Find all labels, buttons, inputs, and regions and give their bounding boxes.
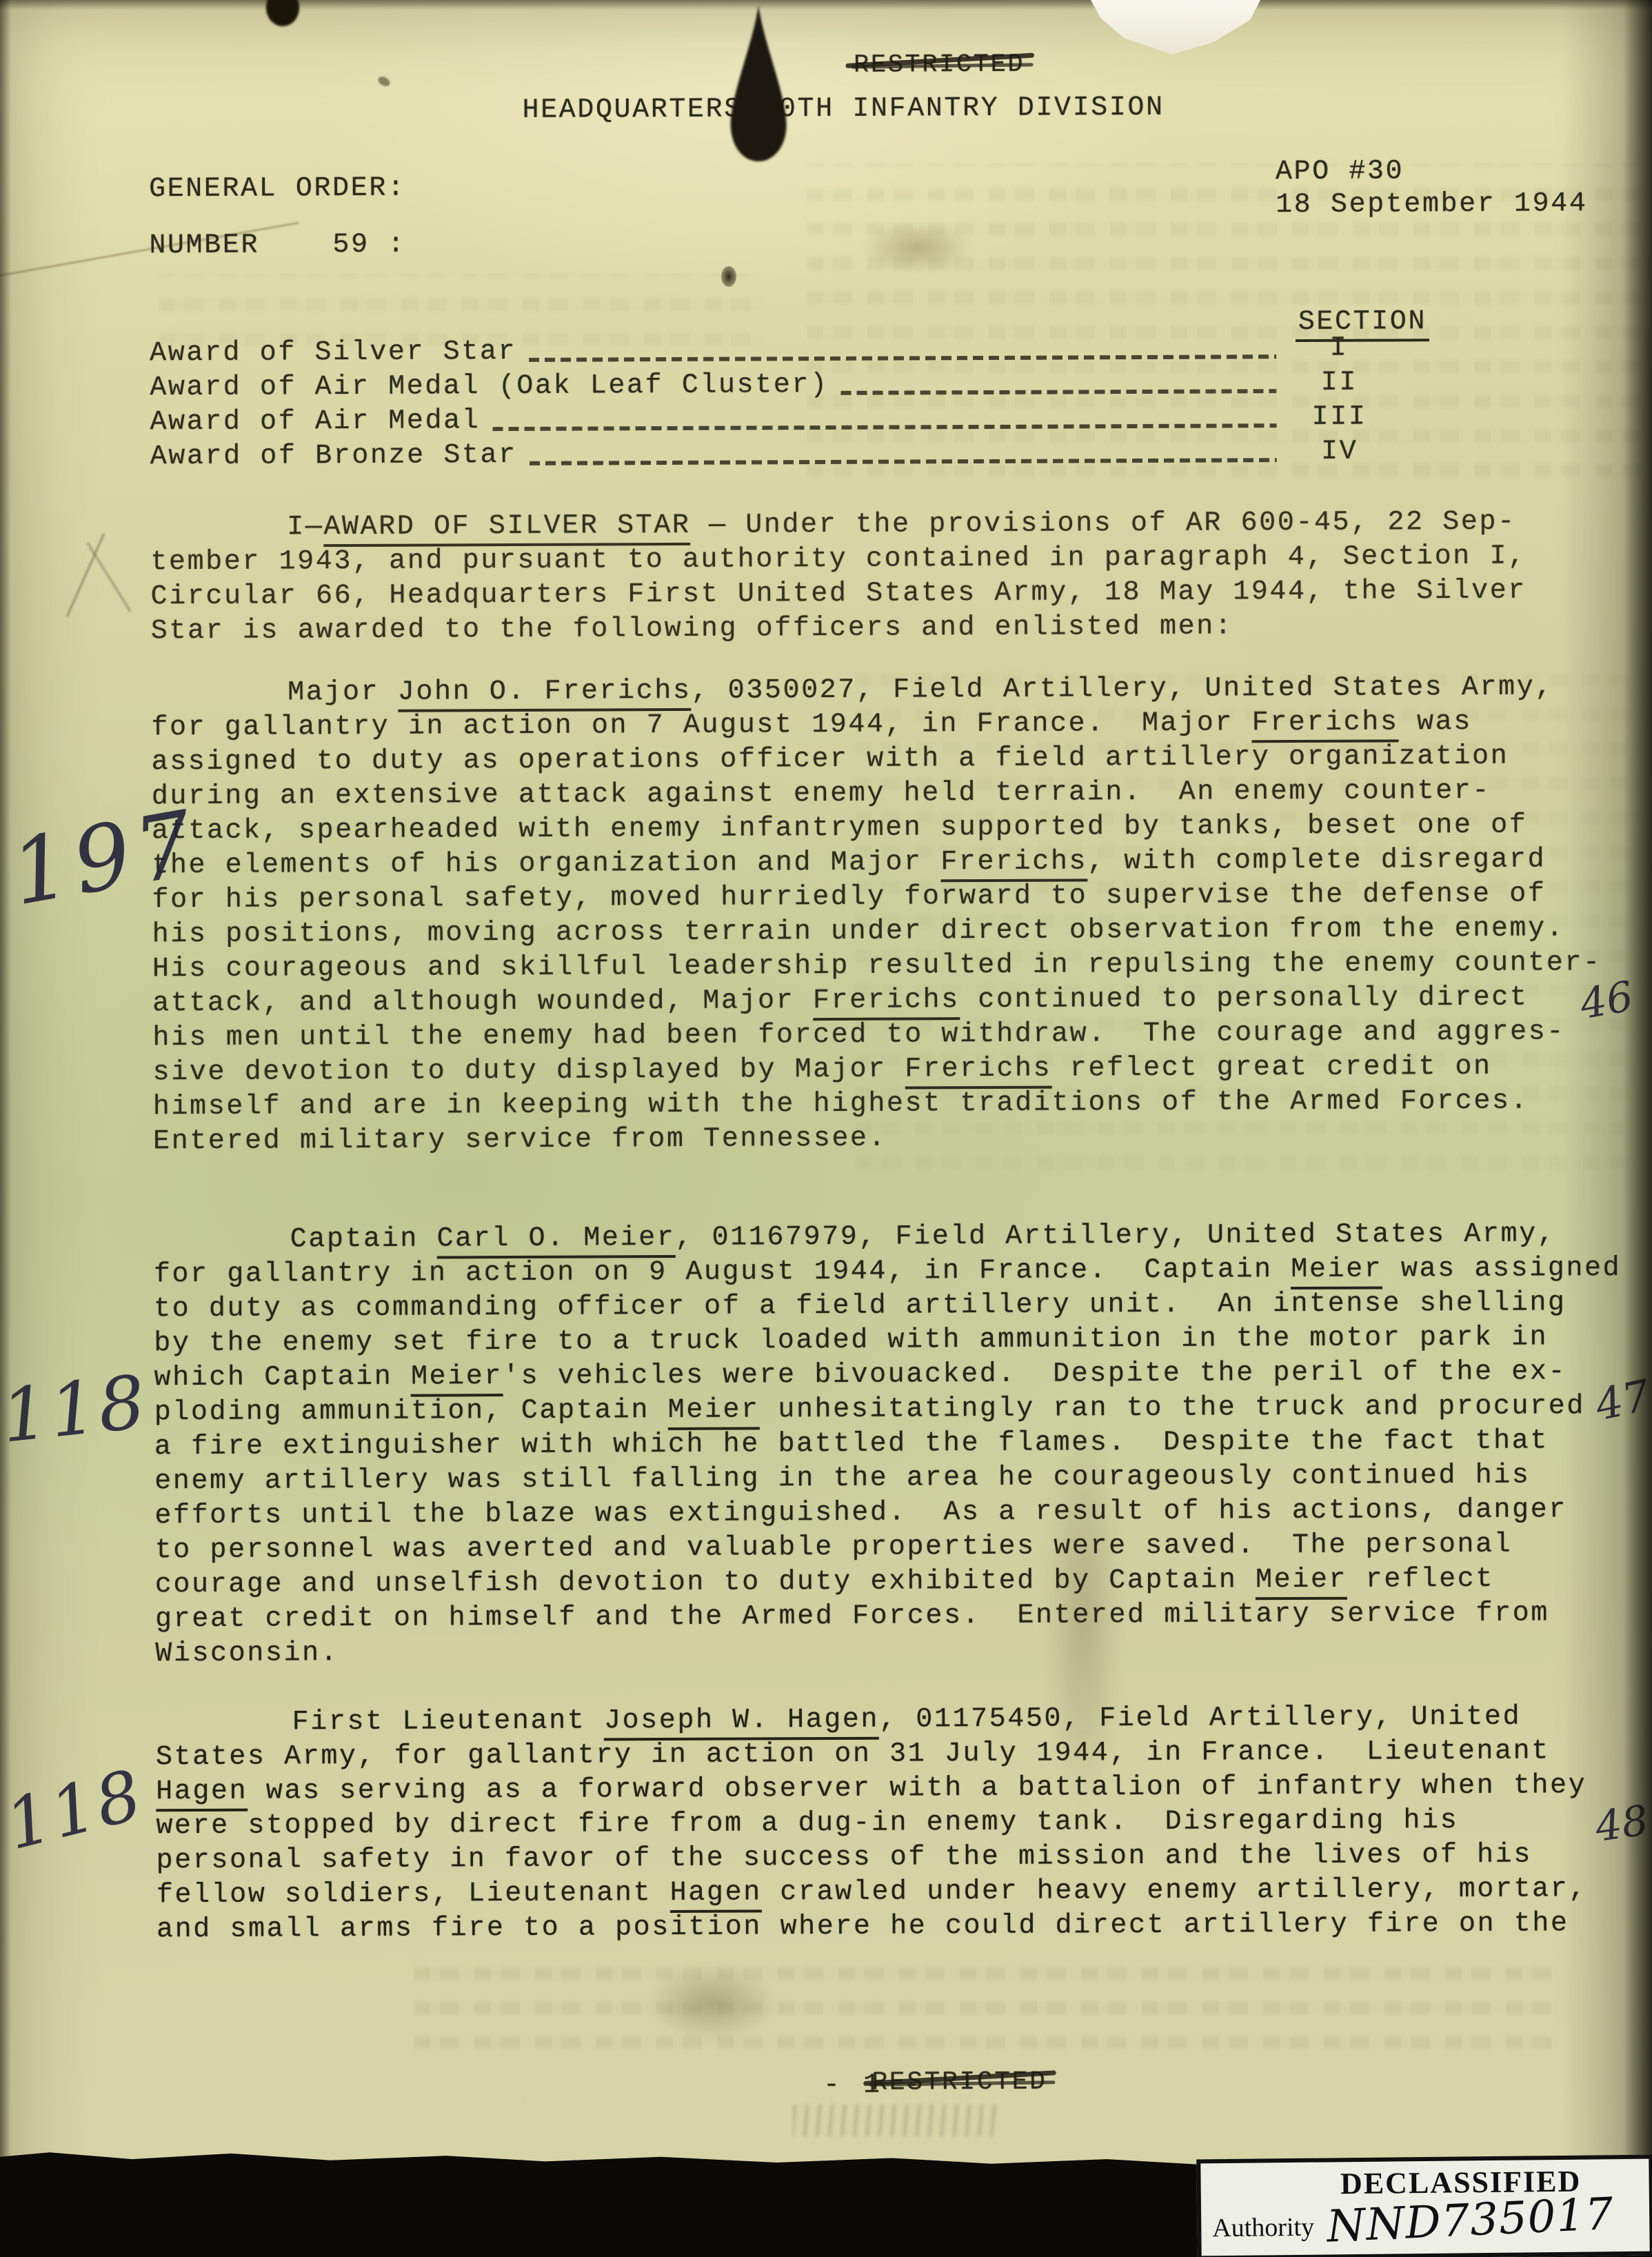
text-line: great credit on himself and the Armed Fo… (155, 1596, 1623, 1637)
text-line: were stopped by direct fire from a dug-i… (156, 1803, 1586, 1844)
text-line: courage and unselfish devotion to duty e… (155, 1562, 1623, 1603)
para-intro: I—AWARD OF SILVER STAR — Under the provi… (150, 505, 1527, 650)
section-index-row: Award of Air MedalIII (150, 401, 1391, 441)
order-date: 18 September 1944 (1276, 187, 1587, 223)
text-line: His courageous and skillful leadership r… (152, 946, 1602, 987)
text-line: for gallantry in action on 7 August 1944… (151, 705, 1600, 745)
page-edge-shadow (0, 0, 11, 2257)
para-meier: Captain Carl O. Meier, 01167979, Field A… (154, 1217, 1623, 1672)
section-row-numeral: II (1287, 367, 1391, 402)
para-frerichs: Major John O. Frerichs, 0350027, Field A… (151, 670, 1602, 1159)
text-line: tember 1943, and pursuant to authority c… (150, 540, 1526, 581)
declassified-stamp: DECLASSIFIED Authority NND735017 (1196, 2155, 1652, 2257)
section-row-label: Award of Bronze Star (150, 440, 517, 476)
order-number-line: NUMBER 59 : (149, 228, 406, 264)
document-page: RESTRICTED HEADQUARTERS 30TH INFANTRY DI… (0, 0, 1652, 2257)
general-order-label: GENERAL ORDER: (149, 172, 406, 208)
teardrop-hole-shape (720, 4, 797, 164)
apo-line: APO #30 (1276, 154, 1404, 190)
dash-leader (841, 389, 1277, 395)
text-line: Major John O. Frerichs, 0350027, Field A… (151, 670, 1600, 711)
section-row-numeral: IV (1288, 436, 1391, 471)
dash-leader (530, 458, 1277, 465)
text-line: fellow soldiers, Lieutenant Hagen crawle… (157, 1872, 1587, 1913)
text-line: attack, spearheaded with enemy infantrym… (152, 808, 1601, 849)
dash-leader (529, 354, 1276, 362)
text-line: assigned to duty as operations officer w… (152, 739, 1601, 780)
text-line: his men until the enemy had been forced … (152, 1015, 1602, 1056)
text-line: I—AWARD OF SILVER STAR — Under the provi… (150, 505, 1526, 546)
text-line: the elements of his organization and Maj… (152, 843, 1601, 883)
restricted-struck-word: RESTRICTED (854, 48, 1025, 83)
text-line: Entered military service from Tennessee. (153, 1119, 1602, 1159)
section-index-row: Award of Silver StarI (150, 332, 1391, 372)
section-index: Award of Silver StarIAward of Air Medal … (150, 332, 1391, 476)
headquarters-title: HEADQUARTERS 30TH INFANTRY DIVISION (522, 91, 1164, 128)
section-index-row: Award of Bronze StarIV (150, 436, 1391, 476)
margin-note-handwritten: 118 (0, 1359, 151, 1458)
section-row-numeral: I (1287, 332, 1391, 368)
section-row-numeral: III (1287, 401, 1391, 437)
text-line: personal safety in favor of the success … (157, 1838, 1587, 1878)
text-line: sive devotion to duty displayed by Major… (153, 1050, 1602, 1090)
stamp-authority-label: Authority (1212, 2212, 1314, 2244)
text-line: and small arms fire to a position where … (157, 1907, 1587, 1947)
section-row-label: Award of Silver Star (150, 337, 516, 372)
text-line: Hagen was serving as a forward observer … (156, 1769, 1586, 1809)
dash-leader (492, 423, 1276, 431)
text-line: attack, and although wounded, Major Frer… (152, 981, 1602, 1021)
text-line: Wisconsin. (155, 1631, 1623, 1672)
text-line: himself and are in keeping with the high… (153, 1084, 1602, 1125)
text-line: during an extensive attack against enemy… (152, 774, 1601, 814)
text-line: States Army, for gallantry in action on … (156, 1734, 1586, 1775)
page-edge-shadow (1623, 0, 1652, 2257)
typed-content: RESTRICTED HEADQUARTERS 30TH INFANTRY DI… (0, 0, 1652, 2257)
text-line: Star is awarded to the following officer… (151, 609, 1527, 650)
page-number: - 1 - (823, 2068, 923, 2103)
para-hagen: First Lieutenant Joseph W. Hagen, 011754… (156, 1700, 1588, 1947)
punch-hole-tear (720, 4, 797, 164)
text-line: for his personal safety, moved hurriedly… (152, 877, 1601, 918)
page-edge-shadow (0, 0, 1652, 10)
section-index-row: Award of Air Medal (Oak Leaf Cluster)II (150, 367, 1391, 407)
text-line: Circular 66, Headquarters First United S… (151, 574, 1527, 615)
section-row-label: Award of Air Medal (Oak Leaf Cluster) (150, 370, 829, 407)
section-row-label: Award of Air Medal (150, 405, 480, 441)
text-line: his positions, moving across terrain und… (152, 912, 1602, 952)
text-line: First Lieutenant Joseph W. Hagen, 011754… (156, 1700, 1586, 1741)
